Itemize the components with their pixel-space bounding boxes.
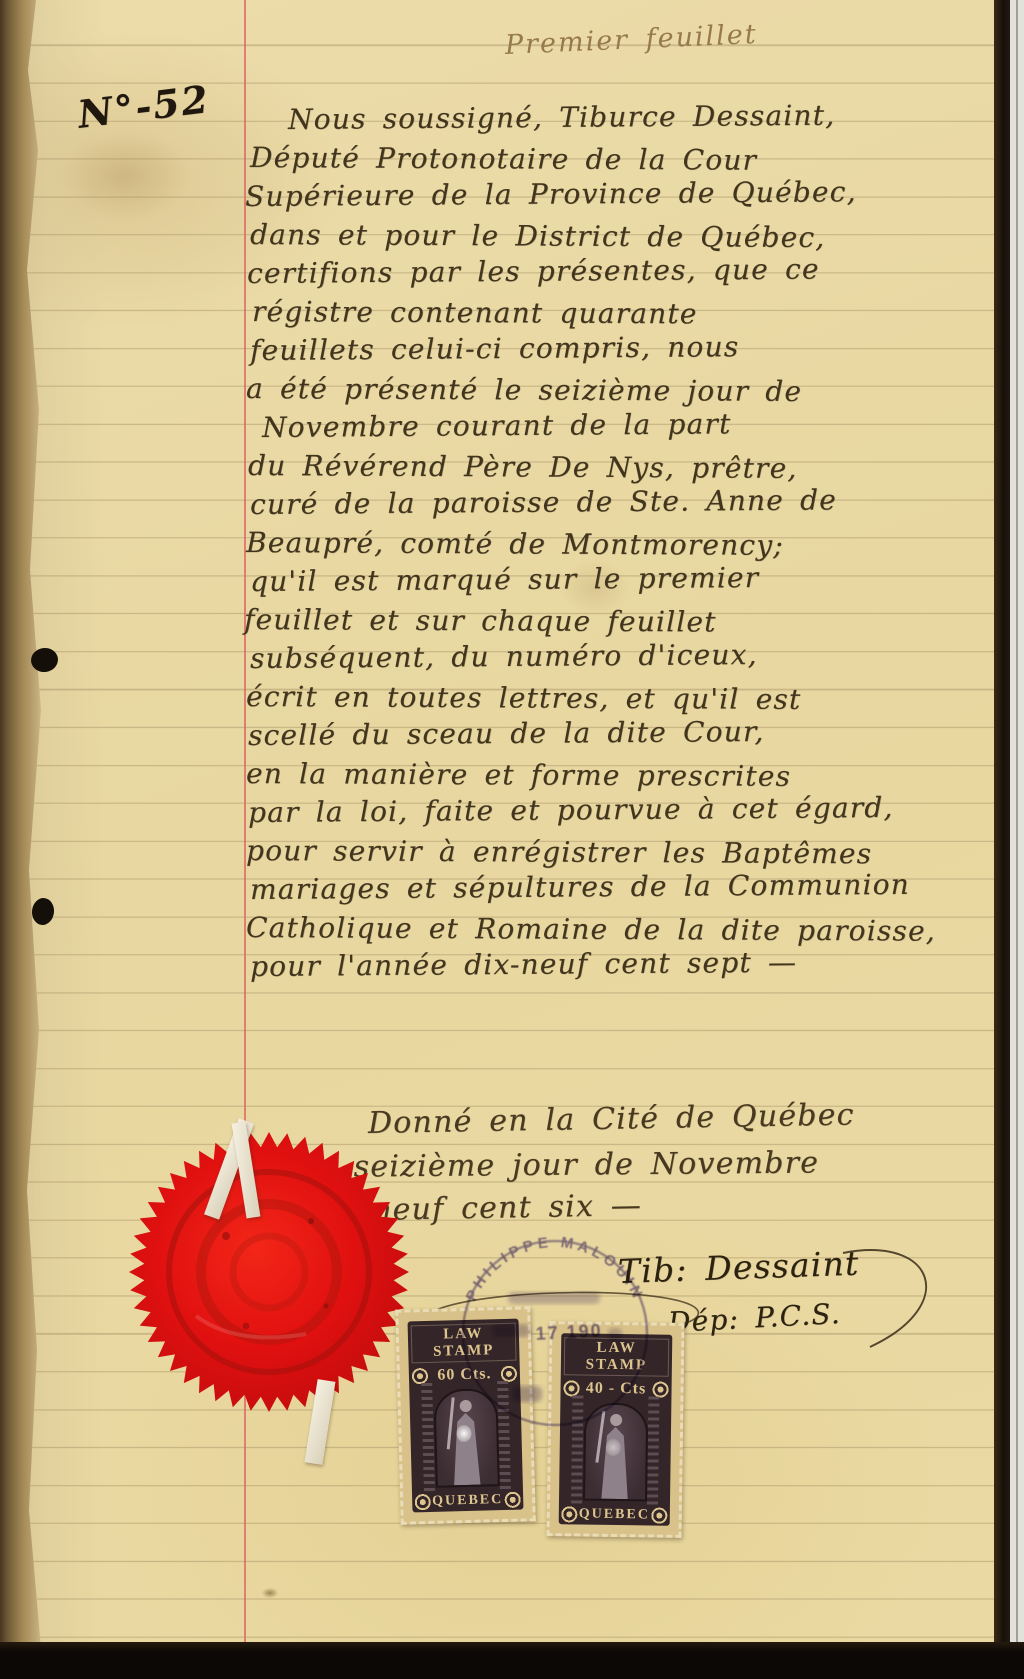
body-line: scellé du sceau de la dite Cour, xyxy=(248,715,765,752)
illegible-stamp-digit xyxy=(608,1328,622,1341)
body-line: Député Protonotaire de la Cour xyxy=(250,141,757,177)
red-seal xyxy=(126,1126,412,1418)
book-edge xyxy=(994,0,1010,1679)
figure-highlight xyxy=(605,1439,620,1456)
stamp-region: QUEBEC xyxy=(432,1492,504,1510)
body-line: qu'il est marqué sur le premier xyxy=(250,561,760,598)
paper-stain xyxy=(60,130,190,220)
body-line: dans et pour le District de Québec, xyxy=(250,218,826,254)
body-line: subséquent, du numéro d'iceux, xyxy=(250,638,758,675)
body-line: régistre contenant quarante xyxy=(252,295,698,330)
notary-date: 17 190 xyxy=(535,1321,603,1344)
illegible-stamp-bottom xyxy=(512,1386,542,1402)
illegible-stamp-line xyxy=(508,1292,600,1304)
body-line: Nous soussigné, Tiburce Dessaint, xyxy=(288,99,836,136)
document-scan: Premier feuillet N°-52 Nous soussigné, T… xyxy=(0,0,1024,1679)
body-line: écrit en toutes lettres, et qu'il est xyxy=(246,680,802,716)
body-line: mariages et sépultures de la Communion xyxy=(250,868,910,906)
rosette-icon xyxy=(503,1490,522,1510)
rosette-icon xyxy=(560,1504,579,1524)
body-line: pour servir à enrégistrer les Baptêmes xyxy=(246,834,872,870)
illegible-stamp-month xyxy=(492,1324,530,1337)
body-line: certifions par les présentes, que ce xyxy=(247,253,820,290)
body-line: a été présenté le seizième jour de xyxy=(246,372,802,408)
stamp-ornament xyxy=(421,1383,435,1491)
body-line: par la loi, faite et pourvue à cet égard… xyxy=(248,791,894,829)
body-line: feuillets celui-ci compris, nous xyxy=(250,330,740,367)
scan-bottom-edge xyxy=(0,1642,1024,1679)
rosette-icon xyxy=(650,1505,669,1525)
body-line: Catholique et Romaine de la dite paroiss… xyxy=(246,911,936,948)
body-line: pour l'année dix-neuf cent sept — xyxy=(250,946,797,983)
stamp-region: QUEBEC xyxy=(579,1506,650,1523)
body-line: Supérieure de la Province de Québec, xyxy=(245,175,857,213)
body-line: en la manière et forme prescrites xyxy=(246,757,791,793)
body-line: Beaupré, comté de Montmorency; xyxy=(246,526,784,562)
body-line: du Révérend Père De Nys, prêtre, xyxy=(248,449,798,485)
body-line: feuillet et sur chaque feuillet xyxy=(244,603,717,638)
rosette-icon xyxy=(413,1492,432,1512)
paper-stain xyxy=(262,1588,278,1598)
body-line: curé de la paroisse de Ste. Anne de xyxy=(250,483,837,521)
body-line: Novembre courant de la part xyxy=(262,407,732,444)
notary-ink-stamp: PHILIPPE MALOUIN 17 190 xyxy=(450,1228,660,1438)
scan-background-line xyxy=(1016,0,1018,1679)
